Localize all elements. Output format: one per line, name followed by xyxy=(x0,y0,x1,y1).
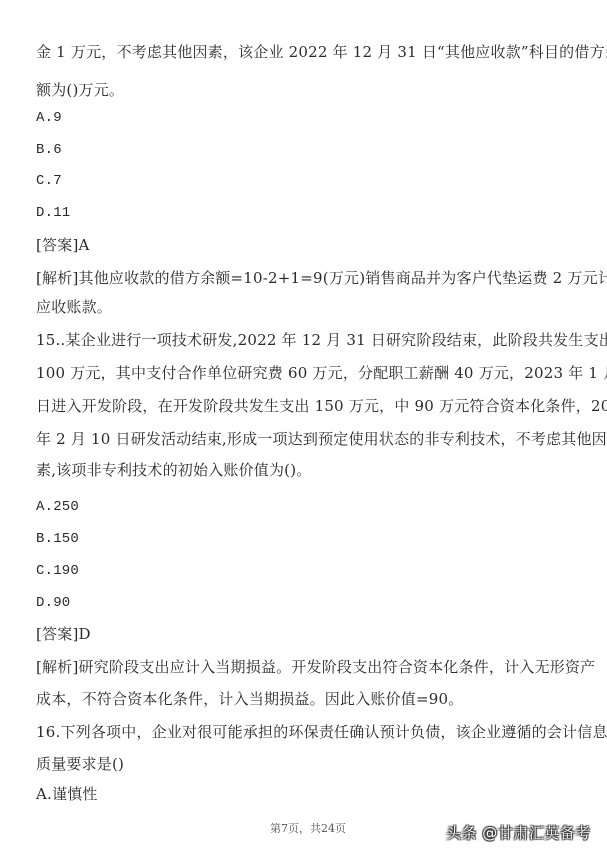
question-line: 16.下列各项中，企业对很可能承担的环保责任确认预计负债，该企业遵循的会计信息 xyxy=(36,722,576,742)
question-line: 100 万元，其中支付合作单位研究费 60 万元，分配职工薪酬 40 万元，20… xyxy=(36,363,576,383)
explanation-line: [解析]研究阶段支出应计入当期损益。开发阶段支出符合资本化条件，计入无形资产 xyxy=(36,657,576,677)
question-line: 年 2 月 10 日研发活动结束,形成一项达到预定使用状态的非专利技术，不考虑其… xyxy=(36,429,576,449)
option-b: B.6 xyxy=(36,140,576,160)
question-line: 15..某企业进行一项技术研发,2022 年 12 月 31 日研究阶段结束，此… xyxy=(36,330,576,350)
text-line: 金 1 万元，不考虑其他因素，该企业 2022 年 12 月 31 日“其他应收… xyxy=(36,42,576,62)
document-page: 金 1 万元，不考虑其他因素，该企业 2022 年 12 月 31 日“其他应收… xyxy=(0,0,607,856)
explanation-line: 应收账款。 xyxy=(36,297,576,317)
option-a: A.250 xyxy=(36,497,576,517)
option-d: D.90 xyxy=(36,593,576,613)
explanation-line: [解析]其他应收款的借方余额=10-2+1=9(万元)销售商品并为客户代垫运费 … xyxy=(36,268,576,288)
option-d: D.11 xyxy=(36,203,576,223)
watermark: 头条 @甘肃汇英备考 xyxy=(446,822,591,843)
option-c: C.190 xyxy=(36,561,576,581)
text-line: 额为()万元。 xyxy=(36,80,576,100)
question-line: 日进入开发阶段，在开发阶段共发生支出 150 万元，中 90 万元符合资本化条件… xyxy=(36,396,576,416)
answer-line: [答案]A xyxy=(36,235,576,255)
question-line: 素,该项非专利技术的初始入账价值为()。 xyxy=(36,460,576,480)
explanation-line: 成本，不符合资本化条件，计入当期损益。因此入账价值=90。 xyxy=(36,689,576,709)
question-line: 质量要求是() xyxy=(36,754,576,774)
answer-line: [答案]D xyxy=(36,624,576,644)
option-c: C.7 xyxy=(36,171,576,191)
option-a: A.谨慎性 xyxy=(36,784,576,804)
option-b: B.150 xyxy=(36,529,576,549)
option-a: A.9 xyxy=(36,108,576,128)
page-indicator: 第7页，共24页 xyxy=(270,820,346,836)
